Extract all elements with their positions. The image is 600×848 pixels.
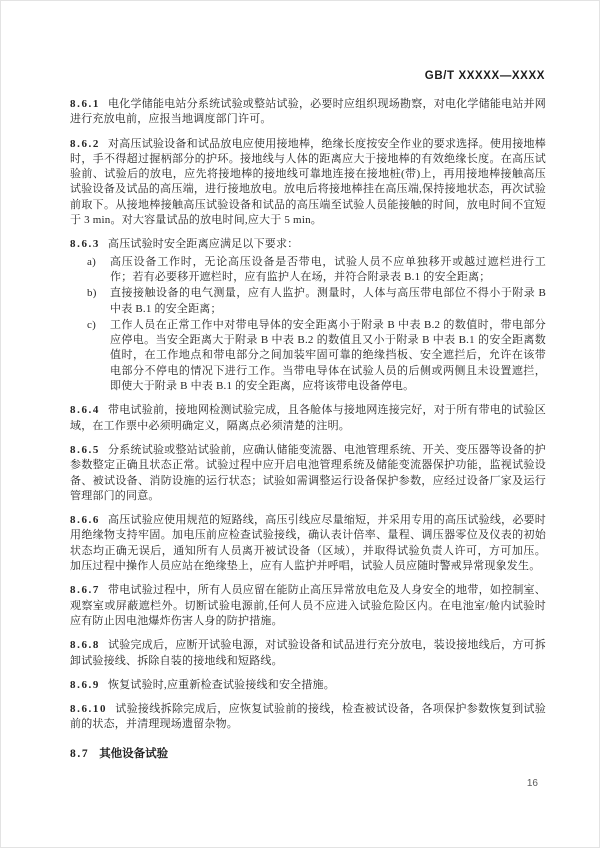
document-content: 8.6.1电化学储能电站分系统试验或整站试验，必要时应组织现场勘察，对电化学储能… [70,97,546,762]
clause-8-6-10: 8.6.10试验接线拆除完成后，应恢复试验前的接线，检查被试设备，各项保护参数恢… [70,702,546,733]
clause-text: 高压试验时安全距离应满足以下要求： [108,238,298,250]
section-heading-8-7: 8.7其他设备试验 [70,747,546,762]
clause-8-6-9: 8.6.9恢复试验时,应重新检查试验接线和安全措施。 [70,678,546,693]
clause-text: 电化学储能电站分系统试验或整站试验，必要时应组织现场勘察，对电化学储能电站并网进… [70,98,546,125]
clause-8-6-7: 8.6.7带电试验过程中，所有人员应留在能防止高压异常放电危及人身安全的地带，如… [70,583,546,629]
clause-number: 8.6.10 [70,703,107,715]
list-item-text: 高压设备工作时，无论高压设备是否带电，试验人员不应单独移开或越过遮栏进行工作；若… [110,256,546,283]
clause-number: 8.6.2 [70,138,100,150]
clause-8-6-6: 8.6.6高压试验应使用规范的短路线，高压引线应尽量缩短，并采用专用的高压试验线… [70,513,546,574]
clause-8-6-1: 8.6.1电化学储能电站分系统试验或整站试验，必要时应组织现场勘察，对电化学储能… [70,97,546,128]
clause-text: 对高压试验设备和试品放电应使用接地棒，绝缘长度按安全作业的要求选择。使用接地棒时… [70,138,546,226]
clause-number: 8.6.5 [70,444,100,456]
list-item-label: b) [87,286,97,301]
clause-8-6-8: 8.6.8试验完成后，应断开试验电源，对试验设备和试品进行充分放电，装设接地线后… [70,638,546,669]
section-number: 8.7 [70,748,89,760]
clause-8-6-3-list: a)高压设备工作时，无论高压设备是否带电，试验人员不应单独移开或越过遮栏进行工作… [70,255,546,395]
clause-8-6-5: 8.6.5分系统试验或整站试验前，应确认储能变流器、电池管理系统、开关、变压器等… [70,443,546,504]
clause-number: 8.6.1 [70,98,100,110]
list-item-b: b)直接接触设备的电气测量，应有人监护。测量时，人体与高压带电部位不得小于附录 … [70,286,546,317]
clause-number: 8.6.7 [70,584,100,596]
clause-number: 8.6.4 [70,404,100,416]
clause-text: 试验接线拆除完成后，应恢复试验前的接线，检查被试设备，各项保护参数恢复到试验前的… [70,703,546,730]
clause-text: 高压试验应使用规范的短路线，高压引线应尽量缩短，并采用专用的高压试验线，必要时用… [70,514,546,572]
clause-text: 带电试验前，接地网检测试验完成，且各舱体与接地网连接完好，对于所有带电的试验区域… [70,404,546,431]
clause-number: 8.6.3 [70,238,100,250]
clause-number: 8.6.9 [70,679,100,691]
list-item-label: c) [87,318,96,333]
page-number: 16 [527,778,538,789]
document-page: GB/T XXXXX—XXXX 8.6.1电化学储能电站分系统试验或整站试验，必… [0,0,600,848]
list-item-label: a) [87,255,96,270]
clause-text: 试验完成后，应断开试验电源，对试验设备和试品进行充分放电，装设接地线后，方可拆卸… [70,639,546,666]
list-item-text: 工作人员在正常工作中对带电导体的安全距离小于附录 B 中表 B.2 的数值时，带… [110,319,546,392]
clause-8-6-3: 8.6.3高压试验时安全距离应满足以下要求： [70,237,546,252]
standard-number-header: GB/T XXXXX—XXXX [425,70,545,82]
list-item-a: a)高压设备工作时，无论高压设备是否带电，试验人员不应单独移开或越过遮栏进行工作… [70,255,546,286]
clause-8-6-2: 8.6.2对高压试验设备和试品放电应使用接地棒，绝缘长度按安全作业的要求选择。使… [70,137,546,229]
clause-number: 8.6.8 [70,639,100,651]
clause-text: 分系统试验或整站试验前，应确认储能变流器、电池管理系统、开关、变压器等设备的护参… [70,444,546,502]
clause-8-6-4: 8.6.4带电试验前，接地网检测试验完成，且各舱体与接地网连接完好，对于所有带电… [70,403,546,434]
clause-number: 8.6.6 [70,514,100,526]
list-item-c: c)工作人员在正常工作中对带电导体的安全距离小于附录 B 中表 B.2 的数值时… [70,318,546,394]
section-title: 其他设备试验 [99,748,168,760]
clause-text: 带电试验过程中，所有人员应留在能防止高压异常放电危及人身安全的地带，如控制室、观… [70,584,546,627]
clause-text: 恢复试验时,应重新检查试验接线和安全措施。 [108,679,335,691]
list-item-text: 直接接触设备的电气测量，应有人监护。测量时，人体与高压带电部位不得小于附录 B … [110,287,546,314]
